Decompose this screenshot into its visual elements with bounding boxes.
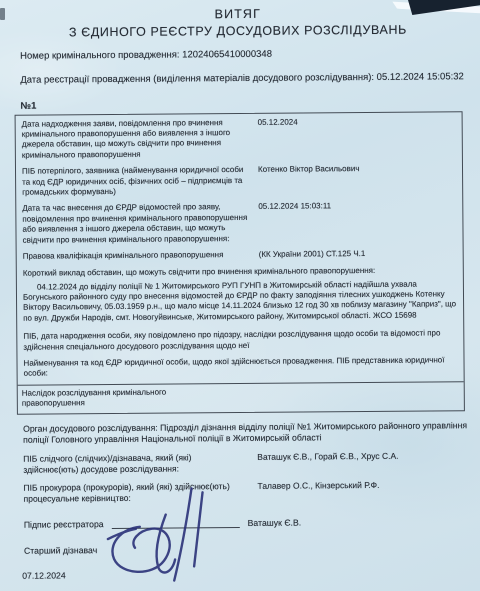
investigator-names: Ваташук Є.В., Горай Є.В., Хрус С.А. — [241, 450, 471, 474]
document-subtitle: З ЄДИНОГО РЕЄСТРУ ДОСУДОВИХ РОЗСЛІДУВАНЬ — [0, 22, 478, 40]
row-value: Котенко Віктор Васильович — [252, 163, 462, 196]
scan-artifact — [0, 8, 5, 20]
investigator-row: ПІБ слідчого (слідчих)/дізнавача, який (… — [23, 450, 471, 476]
row-label: ПІБ потерпілого, заявника (найменування … — [16, 165, 252, 198]
row-value: 05.12.2024 — [252, 116, 462, 159]
row-value: (КК України 2001) СТ.125 Ч.1 — [253, 248, 463, 260]
registrar-label: Підпис реєстратора — [24, 519, 104, 530]
document-date: 07.12.2024 — [22, 567, 480, 581]
table-row: Дата надходження заяви, повідомлення про… — [16, 112, 462, 163]
registrar-title: Старший дізнавач — [24, 542, 480, 556]
row-label: Дата та час внесення до ЄРДР відомостей … — [16, 202, 252, 245]
row-label: Правова кваліфікація кримінального право… — [17, 250, 253, 262]
prosecutor-row: ПІБ прокурора (прокурорів), який (які) з… — [23, 479, 471, 505]
table-row: Дата та час внесення до ЄРДР відомостей … — [16, 197, 462, 248]
outcome-row: Наслідок розслідування кримінального пра… — [18, 381, 464, 413]
table-row: ПІБ потерпілого, заявника (найменування … — [16, 159, 462, 200]
case-number-line: Номер кримінального провадження: 1202406… — [20, 47, 468, 63]
prosecutor-names: Талавер О.С., Кінзерський Р.Ф. — [241, 479, 471, 503]
investigation-authority: Орган досудового розслідування: Підрозді… — [23, 420, 471, 447]
investigator-label: ПІБ слідчого (слідчих)/дізнавача, який (… — [23, 452, 241, 476]
registrar-signature-line: Підпис реєстратора Ваташук Є.В. — [24, 515, 472, 530]
row-value: 05.12.2024 15:03:11 — [252, 201, 462, 244]
registrar-name: Ваташук Є.В. — [248, 518, 302, 528]
registration-date-line: Дата реєстрації провадження (виділення м… — [20, 71, 468, 87]
row-label: Дата надходження заяви, повідомлення про… — [16, 118, 252, 161]
record-number: №1 — [20, 97, 478, 112]
signature-line — [112, 517, 240, 529]
outcome-label: Наслідок розслідування кримінального пра… — [22, 387, 212, 409]
suspect-heading: ПІБ, дата народження особи, яку повідомл… — [17, 325, 463, 355]
prosecutor-label: ПІБ прокурора (прокурорів), який (які) з… — [23, 481, 241, 505]
legal-entity-heading: Найменування та код ЄДР юридичної особи,… — [17, 351, 463, 381]
case-details-table: Дата надходження заяви, повідомлення про… — [15, 111, 465, 414]
scanned-document: ВИТЯГ З ЄДИНОГО РЕЄСТРУ ДОСУДОВИХ РОЗСЛІ… — [0, 0, 480, 591]
summary-text: 04.12.2024 до відділу поліції № 1 Житоми… — [17, 276, 463, 328]
